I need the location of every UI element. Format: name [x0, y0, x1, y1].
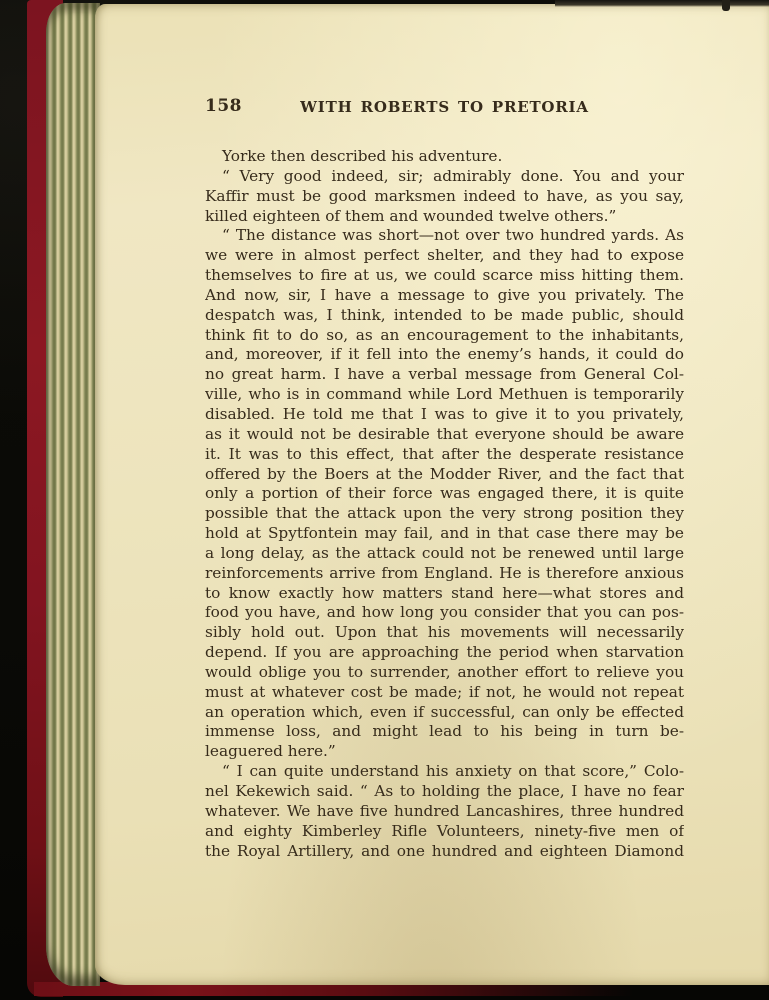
- paragraph: “ Very good indeed, sir; admirably done.…: [205, 167, 684, 227]
- text-line: nel Kekewich said. “ As to holding the p…: [205, 782, 684, 802]
- page-header: 158 WITH ROBERTS TO PRETORIA: [205, 96, 684, 117]
- text-line: immense loss, and might lead to his bein…: [205, 722, 684, 742]
- facing-page-top-edge: [555, 0, 769, 7]
- text-line: disabled. He told me that I was to give …: [205, 405, 684, 425]
- paragraph: “ The distance was short—not over two hu…: [205, 226, 684, 762]
- text-line: themselves to fire at us, we could scarc…: [205, 266, 684, 286]
- page-content: 158 WITH ROBERTS TO PRETORIA Yorke then …: [205, 96, 684, 861]
- text-line: we were in almost perfect shelter, and t…: [205, 246, 684, 266]
- text-line: “ The distance was short—not over two hu…: [205, 226, 684, 246]
- stacked-page-edges: [46, 3, 100, 986]
- text-line: food you have, and how long you consider…: [205, 603, 684, 623]
- page-edge-notch: [722, 0, 730, 11]
- text-line: “ Very good indeed, sir; admirably done.…: [205, 167, 684, 187]
- page-body: Yorke then described his adventure.“ Ver…: [205, 147, 684, 861]
- text-line: offered by the Boers at the Modder River…: [205, 465, 684, 485]
- text-line: despatch was, I think, intended to be ma…: [205, 306, 684, 326]
- text-line: reinforcements arrive from England. He i…: [205, 564, 684, 584]
- book-photo-scene: 158 WITH ROBERTS TO PRETORIA Yorke then …: [0, 0, 769, 1000]
- text-line: depend. If you are approaching the perio…: [205, 643, 684, 663]
- text-line: would oblige you to surrender, another e…: [205, 663, 684, 683]
- text-line: only a portion of their force was engage…: [205, 484, 684, 504]
- text-line: it. It was to this effect, that after th…: [205, 445, 684, 465]
- text-line: an operation which, even if successful, …: [205, 703, 684, 723]
- text-line: Yorke then described his adventure.: [205, 147, 684, 167]
- paragraph: “ I can quite understand his anxiety on …: [205, 762, 684, 861]
- text-line: leaguered here.”: [205, 742, 684, 762]
- text-line: sibly hold out. Upon that his movements …: [205, 623, 684, 643]
- text-line: think fit to do so, as an encouragement …: [205, 326, 684, 346]
- text-line: Kaffir must be good marksmen indeed to h…: [205, 187, 684, 207]
- paragraph: Yorke then described his adventure.: [205, 147, 684, 167]
- running-title: WITH ROBERTS TO PRETORIA: [231, 98, 658, 116]
- text-line: and, moreover, if it fell into the enemy…: [205, 345, 684, 365]
- text-line: hold at Spytfontein may fail, and in tha…: [205, 524, 684, 544]
- book-page: 158 WITH ROBERTS TO PRETORIA Yorke then …: [95, 4, 769, 985]
- text-line: the Royal Artillery, and one hundred and…: [205, 842, 684, 862]
- text-line: as it would not be desirable that everyo…: [205, 425, 684, 445]
- text-line: killed eighteen of them and wounded twel…: [205, 207, 684, 227]
- text-line: to know exactly how matters stand here—w…: [205, 584, 684, 604]
- text-line: “ I can quite understand his anxiety on …: [205, 762, 684, 782]
- text-line: possible that the attack upon the very s…: [205, 504, 684, 524]
- text-line: must at whatever cost be made; if not, h…: [205, 683, 684, 703]
- text-line: a long delay, as the attack could not be…: [205, 544, 684, 564]
- text-line: no great harm. I have a verbal message f…: [205, 365, 684, 385]
- text-line: And now, sir, I have a message to give y…: [205, 286, 684, 306]
- text-line: and eighty Kimberley Rifle Volunteers, n…: [205, 822, 684, 842]
- text-line: whatever. We have five hundred Lancashir…: [205, 802, 684, 822]
- text-line: ville, who is in command while Lord Meth…: [205, 385, 684, 405]
